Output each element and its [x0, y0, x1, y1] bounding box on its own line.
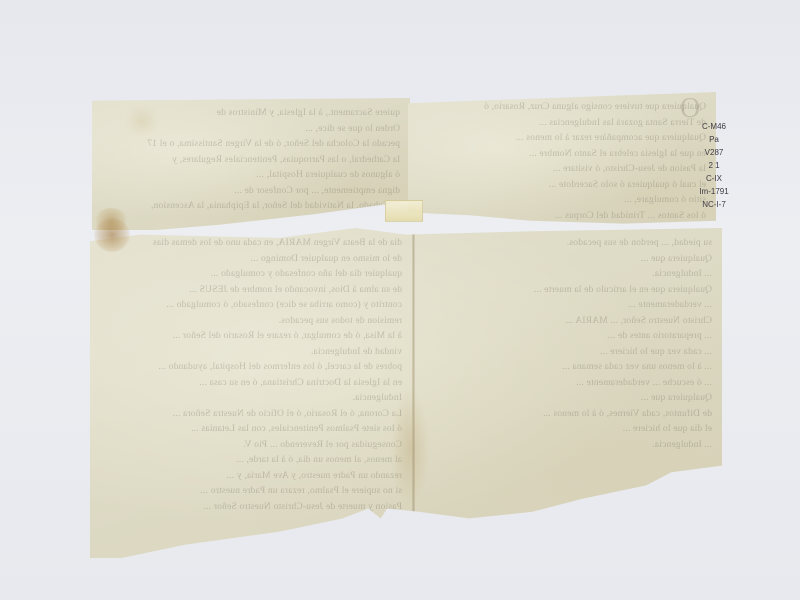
text-line: Assumpcion de N. S. ...	[102, 215, 400, 231]
text-line: Qualquiera que ...	[420, 252, 712, 268]
text-line: en la Iglesia la Doctrina Christiana, ó …	[100, 376, 402, 392]
text-line: si no supiere el Psalmo, rezara un Padre…	[100, 484, 402, 500]
text-line: vindad de Indulgencia.	[100, 345, 402, 361]
catalog-note-line: C-M46	[684, 120, 744, 133]
text-line: al menos, al menos un dia, ó à la tarde,…	[100, 453, 402, 469]
text-line: Indulgencia.	[100, 391, 402, 407]
text-line: ... Indulgencia.	[420, 267, 712, 283]
text-line: La Corona, ó el Rosario, ó el Oficio de …	[100, 407, 402, 423]
text-line: à la Misa, ó de comulgar, ó rezare el Ro…	[100, 329, 402, 345]
text-line: la Pasion de Jesu-Christo, ó visitare ..…	[418, 162, 706, 178]
text-line: ó los Santos ... Trinidad del Corpus ...	[418, 209, 706, 225]
text-line: contrito y (como arriba se dice) confesa…	[100, 298, 402, 314]
text-line: Qualquiera que ...	[420, 391, 712, 407]
text-line: dia de la Beata Virgen MARIA, en cada un…	[100, 236, 402, 252]
show-through-text-left: dia de la Beata Virgen MARIA, en cada un…	[100, 236, 402, 550]
text-line: remision de todos sus pecados.	[100, 314, 402, 330]
text-line: de su alma à Dios, invocando el nombre d…	[100, 283, 402, 299]
text-line: ... verdaderamente ...	[420, 298, 712, 314]
text-line: digna emptiemente, ... por Confesor de .…	[102, 184, 400, 200]
water-stain	[94, 218, 130, 252]
catalog-note-line: C-IX	[684, 172, 744, 185]
catalog-note-line: Pa	[684, 133, 744, 146]
text-line: Pasion y muerte de Jesu-Christo Nuestro …	[100, 500, 402, 516]
text-line: de Difuntos, cada Viernes, ó à lo menos …	[420, 407, 712, 423]
text-line: qualquier dia del año confesado y comulg…	[100, 267, 402, 283]
text-line: en que la Iglesia celebra el Santo Nombr…	[418, 147, 706, 163]
text-line: ó los siete Psalmos Penitenciales, con l…	[100, 422, 402, 438]
text-line: de Tierra Santa gozarà las Indulgencias …	[418, 116, 706, 132]
document-fragment-top-right: Qualquiera que tuviere consigo alguna Cr…	[408, 92, 716, 232]
text-line: Qualquiera que acompañàre rezar à lo men…	[418, 131, 706, 147]
text-line: el dia que lo hiciere ...	[420, 422, 712, 438]
water-stain	[122, 106, 162, 136]
repair-tape	[385, 200, 423, 222]
text-line: Qualquiera que en el articulo de la muer…	[420, 283, 712, 299]
text-line: ... à lo menos una vez cada semana ...	[420, 360, 712, 376]
text-line: ... cada vez que lo hiciere ...	[420, 345, 712, 361]
show-through-text: Qualquiera que tuviere consigo alguna Cr…	[418, 100, 706, 224]
catalog-note-line: Im-1791	[684, 185, 744, 198]
text-line: rezando un Padre nuestro, y Ave Maria, y…	[100, 469, 402, 485]
text-line: sitio ó comulgare, ...	[418, 193, 706, 209]
text-line: el cual ó qualquiera ó solo Sacerdote ..…	[418, 178, 706, 194]
text-line: ... ó escuche ... verdaderamente ...	[420, 376, 712, 392]
catalog-note-line: V287	[684, 146, 744, 159]
text-line: la Cathedral, o las Parroquias, Penitenc…	[102, 153, 400, 169]
text-line: ... Indulgencia.	[420, 438, 712, 454]
text-line: ó algunos de cualquiera Hospital, ...	[102, 168, 400, 184]
text-line: pecado la Colocha del Señor, ó de la Vir…	[102, 137, 400, 153]
text-line: Qualquiera que tuviere consigo alguna Cr…	[418, 100, 706, 116]
text-line: de lo mismo en qualquier Domingo ...	[100, 252, 402, 268]
text-line: Christo Nuestro Señor, ... MARIA ...	[420, 314, 712, 330]
text-line: pobres de la carcel, ó los enfermos del …	[100, 360, 402, 376]
document-fragment-top-left: quiere Sacrament., à la Iglesia, y Minis…	[92, 98, 410, 230]
text-line: ... preparatorio antes de ...	[420, 329, 712, 345]
text-line: su piedad, ... perdon de sus pecados.	[420, 236, 712, 252]
text-line: Conseguidas por el Reverendo ... Pio V.	[100, 438, 402, 454]
document-fragment-bottom: dia de la Beata Virgen MARIA, en cada un…	[90, 228, 722, 558]
catalog-note-line: NC-I-7	[684, 198, 744, 211]
catalog-note-line: 2 1	[684, 159, 744, 172]
text-line: en Sabado, la Natividad del Señor, la Ep…	[102, 199, 400, 215]
water-stain	[390, 388, 430, 508]
show-through-text-right: su piedad, ... perdon de sus pecados. Qu…	[420, 236, 712, 550]
catalog-notes: C-M46 Pa V287 2 1 C-IX Im-1791 NC-I-7	[684, 120, 744, 211]
